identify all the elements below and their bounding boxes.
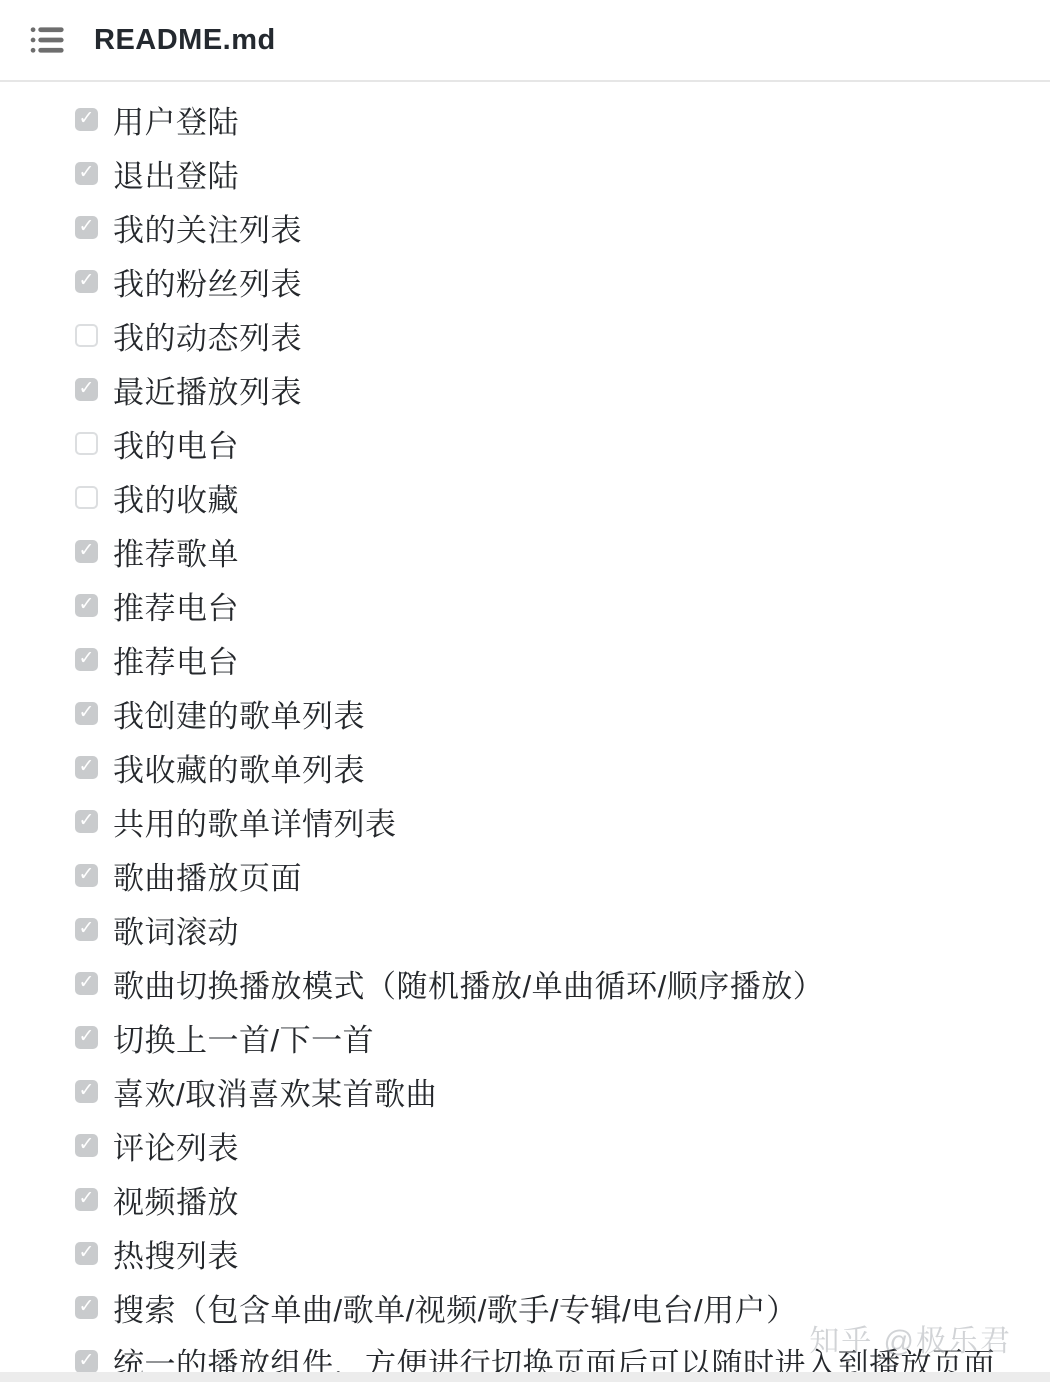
checkbox[interactable] bbox=[75, 324, 98, 347]
checklist-item-label: 退出登陆 bbox=[113, 151, 239, 196]
list-icon[interactable] bbox=[28, 21, 66, 59]
check-icon: ✓ bbox=[79, 163, 95, 182]
checklist-item: ✓ 用户登陆 bbox=[0, 92, 1050, 146]
checkbox[interactable]: ✓ bbox=[75, 270, 98, 293]
checklist-item-label: 我的动态列表 bbox=[113, 313, 302, 358]
checklist-item: ✓ 我创建的歌单列表 bbox=[0, 686, 1050, 740]
checklist-item-label: 评论列表 bbox=[113, 1123, 239, 1168]
checklist-item: 我的电台 bbox=[0, 416, 1050, 470]
checkbox[interactable]: ✓ bbox=[75, 1134, 98, 1157]
checkbox[interactable]: ✓ bbox=[75, 864, 98, 887]
checklist-item: ✓ 热搜列表 bbox=[0, 1226, 1050, 1280]
checklist-item: ✓ 退出登陆 bbox=[0, 146, 1050, 200]
check-icon: ✓ bbox=[79, 271, 95, 290]
checklist-item: ✓ 最近播放列表 bbox=[0, 362, 1050, 416]
checklist-item-label: 共用的歌单详情列表 bbox=[113, 799, 397, 844]
checkbox[interactable]: ✓ bbox=[75, 648, 98, 671]
checklist-item-label: 我创建的歌单列表 bbox=[113, 691, 365, 736]
checkbox[interactable]: ✓ bbox=[75, 1296, 98, 1319]
checkbox[interactable]: ✓ bbox=[75, 162, 98, 185]
file-header: README.md bbox=[0, 0, 1050, 82]
checklist-item-label: 我的收藏 bbox=[113, 475, 239, 520]
checklist-item: ✓ 搜索（包含单曲/歌单/视频/歌手/专辑/电台/用户） bbox=[0, 1280, 1050, 1334]
checklist-item: ✓ 歌曲切换播放模式（随机播放/单曲循环/顺序播放） bbox=[0, 956, 1050, 1010]
checkbox[interactable]: ✓ bbox=[75, 108, 98, 131]
checklist-item-label: 热搜列表 bbox=[113, 1231, 239, 1276]
check-icon: ✓ bbox=[79, 1135, 95, 1154]
check-icon: ✓ bbox=[79, 217, 95, 236]
checkbox[interactable]: ✓ bbox=[75, 378, 98, 401]
check-icon: ✓ bbox=[79, 703, 95, 722]
file-title: README.md bbox=[94, 24, 276, 57]
check-icon: ✓ bbox=[79, 919, 95, 938]
checkbox[interactable]: ✓ bbox=[75, 918, 98, 941]
checkbox[interactable] bbox=[75, 486, 98, 509]
checklist-item-label: 推荐歌单 bbox=[113, 529, 239, 574]
checklist-item: ✓ 推荐歌单 bbox=[0, 524, 1050, 578]
checklist-item: ✓ 共用的歌单详情列表 bbox=[0, 794, 1050, 848]
checklist-item: ✓ 推荐电台 bbox=[0, 578, 1050, 632]
checklist-item-label: 视频播放 bbox=[113, 1177, 239, 1222]
checklist-item: ✓ 我的粉丝列表 bbox=[0, 254, 1050, 308]
check-icon: ✓ bbox=[79, 973, 95, 992]
checkbox[interactable]: ✓ bbox=[75, 810, 98, 833]
checklist-item-label: 我的电台 bbox=[113, 421, 239, 466]
check-icon: ✓ bbox=[79, 379, 95, 398]
checkbox[interactable]: ✓ bbox=[75, 540, 98, 563]
checklist-item-label: 歌曲切换播放模式（随机播放/单曲循环/顺序播放） bbox=[113, 961, 824, 1006]
check-icon: ✓ bbox=[79, 811, 95, 830]
check-icon: ✓ bbox=[79, 1189, 95, 1208]
checklist-item-label: 我收藏的歌单列表 bbox=[113, 745, 365, 790]
checklist-item: ✓ 切换上一首/下一首 bbox=[0, 1010, 1050, 1064]
checklist-item-label: 推荐电台 bbox=[113, 637, 239, 682]
checklist-item-label: 我的关注列表 bbox=[113, 205, 302, 250]
checklist-item: ✓ 歌词滚动 bbox=[0, 902, 1050, 956]
checklist-item: ✓ 推荐电台 bbox=[0, 632, 1050, 686]
checkbox[interactable]: ✓ bbox=[75, 1350, 98, 1373]
bottom-divider-bar bbox=[0, 1372, 1050, 1382]
checklist-item-label: 切换上一首/下一首 bbox=[113, 1015, 374, 1060]
check-icon: ✓ bbox=[79, 1297, 95, 1316]
check-icon: ✓ bbox=[79, 649, 95, 668]
checkbox[interactable]: ✓ bbox=[75, 1188, 98, 1211]
check-icon: ✓ bbox=[79, 541, 95, 560]
check-icon: ✓ bbox=[79, 1243, 95, 1262]
checklist-item-label: 我的粉丝列表 bbox=[113, 259, 302, 304]
checklist-item: ✓ 我的关注列表 bbox=[0, 200, 1050, 254]
check-icon: ✓ bbox=[79, 595, 95, 614]
checklist-item-label: 用户登陆 bbox=[113, 97, 239, 142]
check-icon: ✓ bbox=[79, 865, 95, 884]
checkbox[interactable]: ✓ bbox=[75, 1242, 98, 1265]
checklist-item: 我的收藏 bbox=[0, 470, 1050, 524]
checklist-item: ✓ 歌曲播放页面 bbox=[0, 848, 1050, 902]
checklist: ✓ 用户登陆 ✓ 退出登陆 ✓ 我的关注列表 ✓ 我的粉丝列表 我的动态列表 ✓… bbox=[0, 82, 1050, 1382]
checkbox[interactable]: ✓ bbox=[75, 216, 98, 239]
checklist-item-label: 推荐电台 bbox=[113, 583, 239, 628]
checklist-item: ✓ 评论列表 bbox=[0, 1118, 1050, 1172]
check-icon: ✓ bbox=[79, 1081, 95, 1100]
checkbox[interactable]: ✓ bbox=[75, 756, 98, 779]
checkbox[interactable]: ✓ bbox=[75, 702, 98, 725]
checkbox[interactable]: ✓ bbox=[75, 1026, 98, 1049]
checklist-item: ✓ 喜欢/取消喜欢某首歌曲 bbox=[0, 1064, 1050, 1118]
check-icon: ✓ bbox=[79, 1027, 95, 1046]
checklist-item: ✓ 视频播放 bbox=[0, 1172, 1050, 1226]
checklist-item: ✓ 我收藏的歌单列表 bbox=[0, 740, 1050, 794]
checklist-item-label: 歌词滚动 bbox=[113, 907, 239, 952]
checklist-item: 我的动态列表 bbox=[0, 308, 1050, 362]
check-icon: ✓ bbox=[79, 757, 95, 776]
checkbox[interactable]: ✓ bbox=[75, 1080, 98, 1103]
checklist-item-label: 最近播放列表 bbox=[113, 367, 302, 412]
check-icon: ✓ bbox=[79, 109, 95, 128]
checkbox[interactable]: ✓ bbox=[75, 594, 98, 617]
check-icon: ✓ bbox=[79, 1351, 95, 1370]
checklist-item-label: 喜欢/取消喜欢某首歌曲 bbox=[113, 1069, 437, 1114]
checkbox[interactable] bbox=[75, 432, 98, 455]
checklist-item-label: 歌曲播放页面 bbox=[113, 853, 302, 898]
checkbox[interactable]: ✓ bbox=[75, 972, 98, 995]
checklist-item-label: 搜索（包含单曲/歌单/视频/歌手/专辑/电台/用户） bbox=[113, 1285, 798, 1330]
